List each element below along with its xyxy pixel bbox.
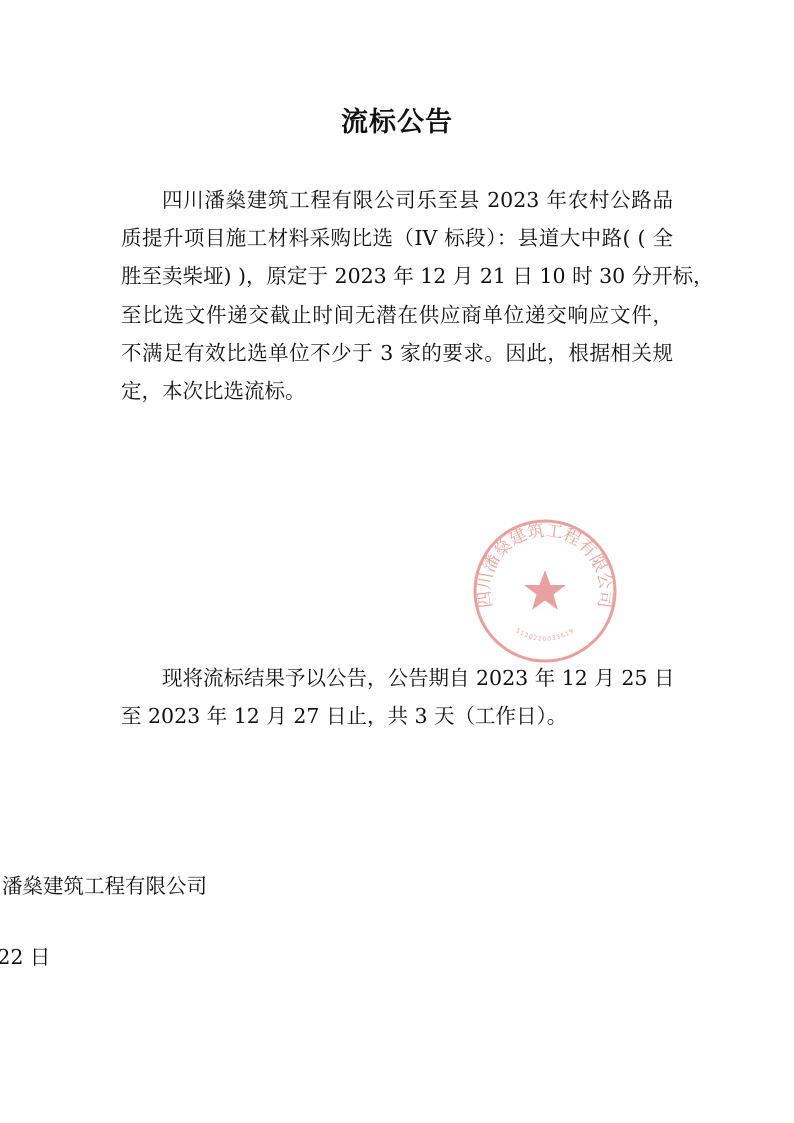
text-line: 至比选文件递交截止时间无潜在供应商单位递交响应文件，: [121, 296, 673, 334]
text-line: 不满足有效比选单位不少于 3 家的要求。因此，根据相关规: [121, 334, 673, 372]
svg-text:5120220033619: 5120220033619: [514, 627, 575, 642]
text-line: 现将流标结果予以公告，公告期自 2023 年 12 月 25 日: [121, 659, 673, 697]
text-line: 定，本次比选流标。: [121, 372, 673, 410]
paragraph-failure-notice: 四川潘燊建筑工程有限公司乐至县 2023 年农村公路品 质提升项目施工材料采购比…: [121, 181, 673, 410]
star-icon: [524, 570, 566, 610]
text-line: 胜至卖柴垭) )，原定于 2023 年 12 月 21 日 10 时 30 分开…: [121, 257, 673, 295]
company-seal-stamp: 四川潘燊建筑工程有限公司 5120220033619: [472, 518, 618, 664]
text-line: 四川潘燊建筑工程有限公司乐至县 2023 年农村公路品: [121, 181, 673, 219]
text-line: 至 2023 年 12 月 27 日止，共 3 天（工作日）。: [121, 697, 673, 735]
text-line: 质提升项目施工材料采购比选（IV 标段）：县道大中路( ( 全: [121, 219, 673, 257]
stamp-serial: 5120220033619: [514, 627, 575, 642]
document-title: 流标公告: [0, 100, 794, 139]
paragraph-announcement-period: 现将流标结果予以公告，公告期自 2023 年 12 月 25 日 至 2023 …: [121, 659, 673, 735]
issuer-signature: 比选人：四川潘燊建筑工程有限公司: [0, 869, 673, 899]
issue-date: 2023 年 12 月 22 日: [0, 940, 646, 970]
